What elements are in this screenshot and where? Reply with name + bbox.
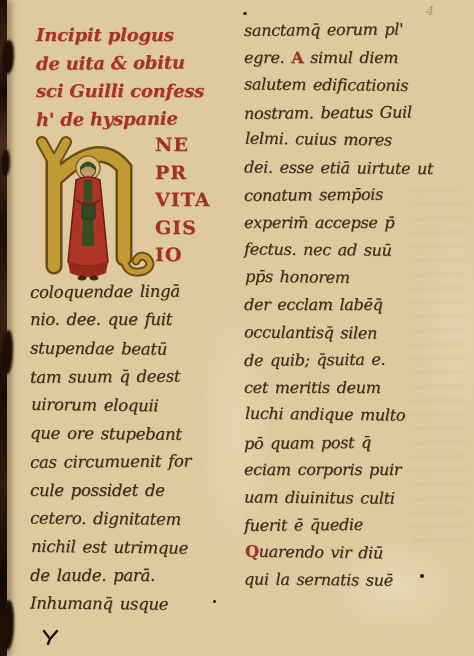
text-line: qui la sernatis suē <box>244 565 459 594</box>
text-line: fuerit ē q̄uedie <box>244 510 459 539</box>
text-line: eciam corporis puir <box>244 456 459 484</box>
binding-blob <box>2 40 14 74</box>
rubric-line: sci Guilli confess <box>36 78 231 106</box>
text-line: cetero. dignitatem <box>30 505 230 535</box>
text-line: occulantisq̄ silen <box>244 318 459 347</box>
text-line: nichil est utrimque <box>31 532 231 563</box>
text-line: de quib; q̄suita e. <box>244 345 459 374</box>
saint-figure <box>68 156 108 281</box>
text-segment: uarendo vir diū <box>259 541 384 562</box>
text-line: tam suum q̄ deest <box>30 362 230 392</box>
rubric: Incipit plogus de uita & obitu sci Guill… <box>36 22 231 134</box>
binding-blob <box>1 150 10 176</box>
text-line: egre. A simul diem <box>244 44 459 72</box>
text-line: cet meritis deum <box>244 374 459 402</box>
text-line: que ore stupebant <box>30 420 230 450</box>
text-line: luchi andique multo <box>245 400 460 430</box>
rubric-line: de uita & obitu <box>36 49 231 79</box>
text-line: Inhumanq̄ usque <box>30 590 230 620</box>
inline-red-capital: A <box>291 48 303 67</box>
text-segment: simul diem <box>303 48 398 67</box>
text-line: salutem edificationis <box>244 70 459 99</box>
ink-speck <box>243 12 247 15</box>
text-line: Quarendo vir diū <box>245 537 460 567</box>
binding-blob <box>2 330 13 374</box>
capital-line: VITA <box>155 187 210 215</box>
text-line: sanctamq̄ eorum pl' <box>244 15 459 44</box>
capital-line: PR <box>155 160 210 188</box>
manuscript-page: 4 Incipit plogus de uita & obitu sci Gui… <box>0 0 474 656</box>
bottom-scribble-mark <box>42 629 60 649</box>
capital-line: GIS <box>155 215 210 243</box>
text-line: experim̄ accepse p̄ <box>244 209 459 237</box>
text-line: pp̄s honorem <box>245 262 460 292</box>
capital-line: NE <box>155 132 210 160</box>
binding-blob <box>1 600 14 650</box>
text-line: conatum semp̄ois <box>244 180 459 209</box>
text-line: pō quam post q̄ <box>244 428 459 457</box>
text-line: uirorum eloquii <box>31 390 231 421</box>
right-text-column: sanctamq̄ eorum pl' egre. A simul diem s… <box>244 16 459 594</box>
rubric-line: h' de hyspanie <box>36 105 231 135</box>
text-line: coloquendae lingā <box>30 277 230 307</box>
binding-edge <box>0 0 7 656</box>
display-capitals: NE PR VITA GIS IO <box>155 132 210 270</box>
initial-n-artwork <box>32 134 164 286</box>
capital-line: IO <box>155 242 210 270</box>
text-line: stupendae beatū <box>30 334 230 364</box>
text-line: nio. dee. que fuit <box>30 306 230 334</box>
text-line: nostram. beatus Guil <box>244 98 459 127</box>
text-line: cule possidet de <box>30 477 230 505</box>
text-line: dei. esse etiā uirtute ut <box>244 153 459 182</box>
text-line: uam diuinitus culti <box>244 483 459 512</box>
text-line: fectus. nec ad suū <box>244 235 459 264</box>
red-initial-q: Q <box>245 541 259 560</box>
text-line: lelmi. cuius mores <box>245 125 460 155</box>
left-text-column: coloquendae lingā nio. dee. que fuit stu… <box>30 278 230 619</box>
text-line: cas circumuenit for <box>30 448 230 478</box>
text-line: der ecclam labēq̄ <box>244 291 459 319</box>
text-line: de laude. parā. <box>30 562 230 590</box>
text-segment: egre. <box>244 48 291 67</box>
rubric-line: Incipit plogus <box>36 22 231 50</box>
illuminated-initial-n <box>32 134 164 290</box>
